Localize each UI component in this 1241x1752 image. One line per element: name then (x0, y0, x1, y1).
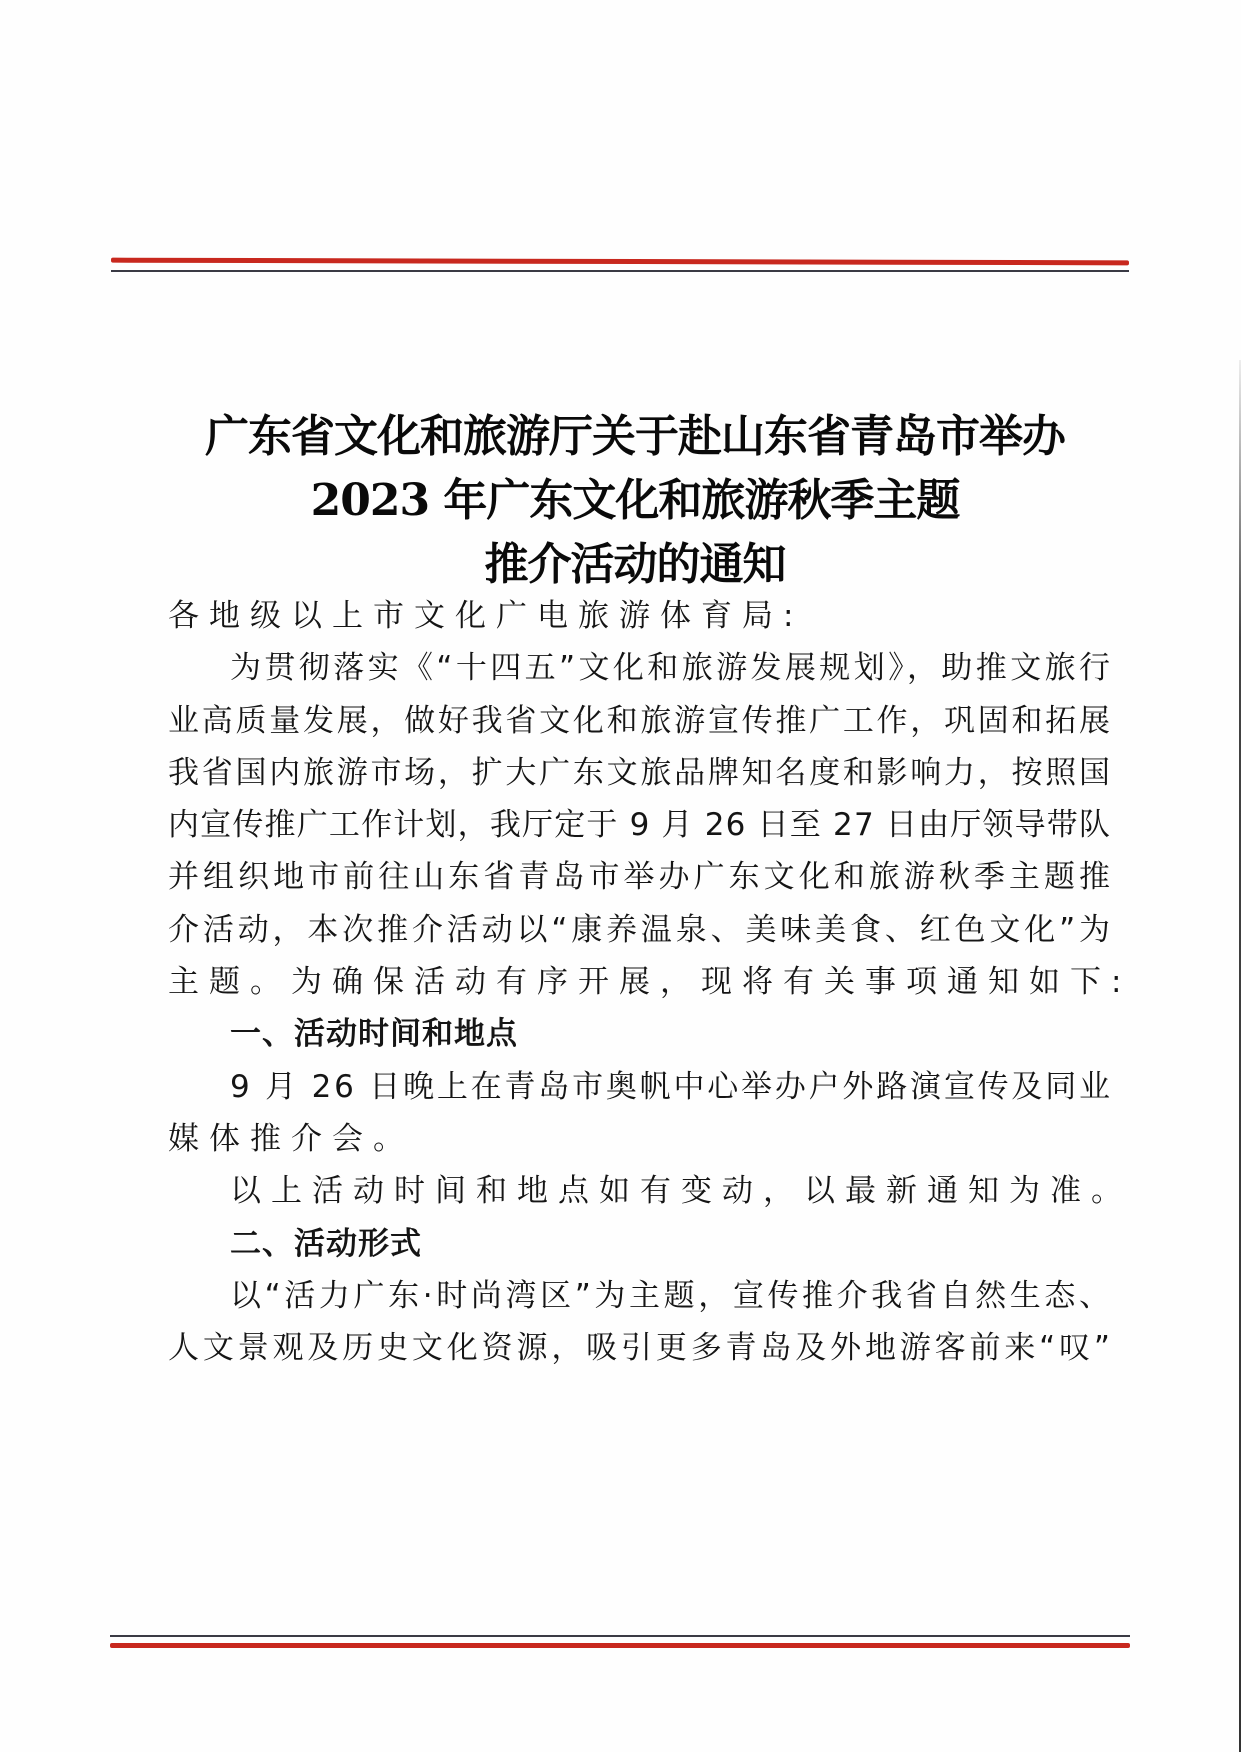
document-body: 各地级以上市文化广电旅游体育局: 为贯彻落实《“十四五”文化和旅游发展规划》，助… (168, 590, 1110, 1374)
salutation: 各地级以上市文化广电旅游体育局: (168, 590, 1110, 642)
paragraph-1-line: 主题。为确保活动有序开展，现将有关事项通知如下: (168, 956, 1110, 1008)
section-2-line: 以“活力广东·时尚湾区”为主题，宣传推介我省自然生态、 (168, 1270, 1110, 1322)
section-1-heading: 一、活动时间和地点 (168, 1008, 1110, 1060)
section-1-note: 以上活动时间和地点如有变动，以最新通知为准。 (168, 1165, 1110, 1217)
paragraph-1-line: 介活动，本次推介活动以“康养温泉、美味美食、红色文化”为 (168, 904, 1110, 956)
section-1-line: 9 月 26 日晚上在青岛市奥帆中心举办户外路演宣传及同业 (168, 1061, 1110, 1113)
section-2-line: 人文景观及历史文化资源，吸引更多青岛及外地游客前来“叹” (168, 1322, 1110, 1374)
paragraph-1-line: 我省国内旅游市场，扩大广东文旅品牌知名度和影响力，按照国 (168, 747, 1110, 799)
section-2-heading: 二、活动形式 (168, 1218, 1110, 1270)
paragraph-1-line: 业高质量发展，做好我省文化和旅游宣传推广工作，巩固和拓展 (168, 695, 1110, 747)
title-line-1: 广东省文化和旅游厅关于赴山东省青岛市举办 (160, 405, 1110, 469)
title-line-2: 2023 年广东文化和旅游秋季主题 (160, 469, 1110, 533)
document-page: 广东省文化和旅游厅关于赴山东省青岛市举办 2023 年广东文化和旅游秋季主题 推… (0, 0, 1241, 1752)
section-1-line: 媒体推介会。 (168, 1113, 1110, 1165)
paragraph-1-line: 为贯彻落实《“十四五”文化和旅游发展规划》，助推文旅行 (168, 642, 1110, 694)
header-dark-rule (111, 270, 1129, 272)
title-line-3: 推介活动的通知 (160, 533, 1110, 597)
document-title: 广东省文化和旅游厅关于赴山东省青岛市举办 2023 年广东文化和旅游秋季主题 推… (160, 405, 1110, 597)
footer-dark-rule (110, 1635, 1130, 1637)
footer-red-rule (110, 1643, 1130, 1648)
paragraph-1-line: 并组织地市前往山东省青岛市举办广东文化和旅游秋季主题推 (168, 851, 1110, 903)
header-red-rule (111, 258, 1129, 266)
paragraph-1-line: 内宣传推广工作计划，我厅定于 9 月 26 日至 27 日由厅领导带队 (168, 799, 1110, 851)
